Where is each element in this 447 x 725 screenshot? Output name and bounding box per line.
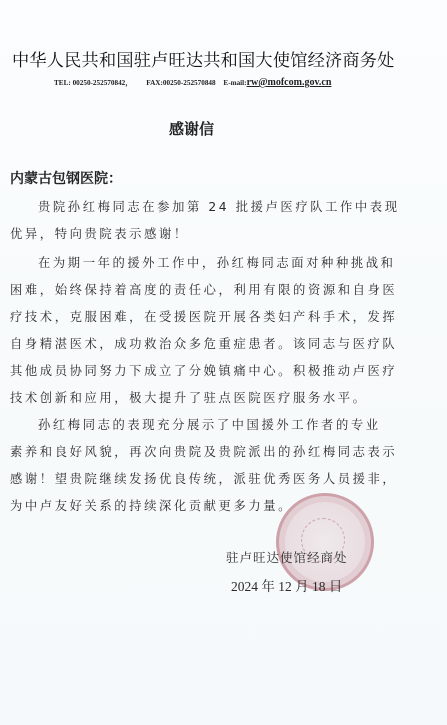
body-line: 在为期一年的援外工作中，孙红梅同志面对种种挑战和 [38, 253, 396, 271]
body-line: 素养和良好风貌，再次向贵院及贵院派出的孙红梅同志表示 [10, 442, 397, 460]
date: 2024 年 12 月 18 日 [231, 575, 342, 595]
body-line: 为中卢友好关系的持续深化贡献更多力量。 [10, 496, 293, 514]
fax: FAX:00250-252570848 [146, 79, 215, 87]
body-line: 疗技术，克服困难，在受援医院开展各类妇产科手术，发挥 [10, 307, 397, 325]
body-line: 孙红梅同志的表现充分展示了中国援外工作者的专业 [38, 415, 381, 433]
body-line: 自身精湛医术，成功救治众多危重症患者。该同志与医疗队 [10, 334, 397, 352]
email-link[interactable]: rw@mofcom.gov.cn [247, 77, 332, 88]
contact-info: TEL: 00250-252570842， FAX:00250-25257084… [54, 77, 331, 88]
body-line: 困难，始终保持着高度的责任心，利用有限的资源和自身医 [10, 280, 397, 298]
email-label: E-mail: [223, 79, 246, 87]
telephone: TEL: 00250-252570842， [54, 79, 132, 87]
body-line: 贵院孙红梅同志在参加第 24 批援卢医疗队工作中表现 [38, 197, 400, 215]
letter-page: 中华人民共和国驻卢旺达共和国大使馆经济商务处 TEL: 00250-252570… [0, 0, 447, 725]
document-title: 感谢信 [169, 118, 214, 139]
organization-letterhead: 中华人民共和国驻卢旺达共和国大使馆经济商务处 [12, 46, 395, 71]
signature: 驻卢旺达使馆经商处 [226, 548, 348, 566]
salutation: 内蒙古包钢医院： [10, 168, 122, 188]
body-line: 其他成员协同努力下成立了分娩镇痛中心。积极推动卢医疗 [10, 361, 397, 379]
body-line: 优异，特向贵院表示感谢！ [10, 224, 189, 242]
body-line: 技术创新和应用，极大提升了驻点医院医疗服务水平。 [10, 388, 368, 406]
body-line: 感谢！望贵院继续发扬优良传统，派驻优秀医务人员援非， [10, 469, 397, 487]
